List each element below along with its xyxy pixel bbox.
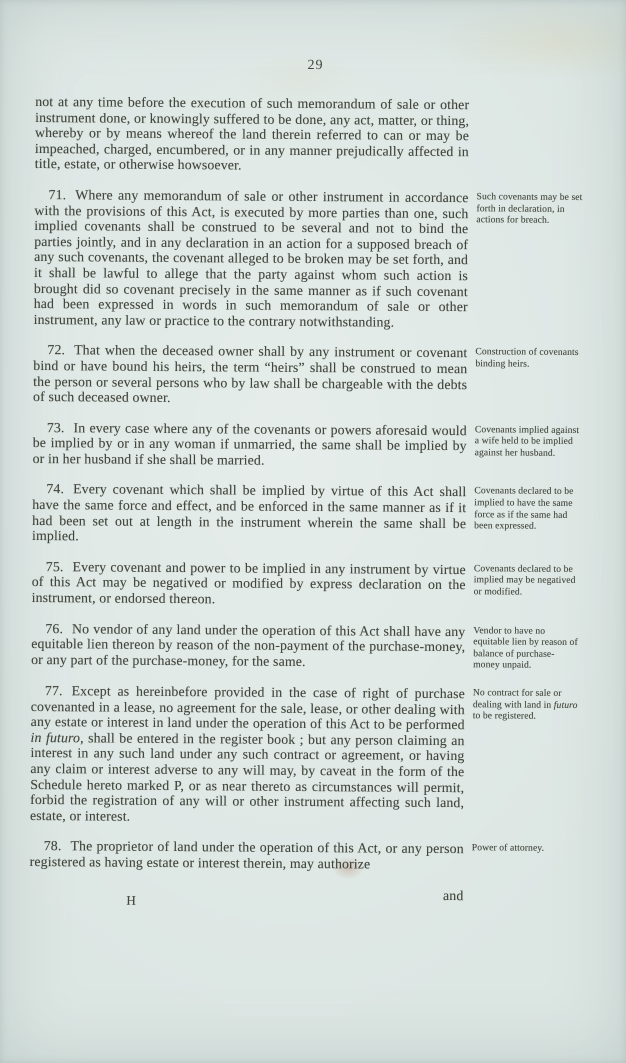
continuation-paragraph: not at any time before the execution of … (35, 94, 470, 175)
latin-phrase-in-futuro: in futuro (31, 730, 81, 745)
section-72: 72.That when the deceased owner shall by… (33, 342, 623, 409)
signature-mark: H (126, 892, 136, 908)
section-78-paragraph: 78.The proprietor of land under the oper… (30, 838, 464, 872)
page-footer: H and (29, 884, 463, 903)
margin-note-74: Covenants declared to be implied to have… (474, 485, 598, 533)
page-number: 29 (35, 56, 595, 76)
margin-column-empty (477, 97, 601, 99)
catchword: and (443, 888, 463, 904)
section-71-text: Where any memorandum of sale or other in… (34, 187, 469, 329)
section-72-paragraph: 72.That when the deceased owner shall by… (33, 342, 467, 408)
section-72-number: 72. (47, 342, 65, 357)
margin-note-76-text: Vendor to have no equitable lien by reas… (473, 625, 579, 672)
section-76: 76.No vendor of any land under the opera… (31, 621, 621, 673)
section-75: 75.Every covenant and power to be implie… (32, 559, 622, 610)
section-73-text: In every case where any of the covenants… (33, 420, 467, 468)
margin-note-77-text: No contract for sale or dealing with lan… (473, 687, 579, 723)
section-71-number: 71. (49, 187, 67, 202)
section-73: 73.In every case where any of the covena… (33, 420, 623, 471)
margin-note-77-before: No contract for sale or dealing with lan… (473, 687, 562, 710)
scanned-document-page: 29 not at any time before the execution … (0, 0, 626, 1063)
section-78-text: The proprietor of land under the operati… (30, 839, 464, 872)
section-77-paragraph: 77.Except as hereinbefore provided in th… (30, 683, 465, 827)
margin-note-72-text: Construction of covenants binding heirs. (475, 347, 581, 371)
section-76-text: No vendor of any land under the operatio… (31, 621, 465, 669)
margin-note-75: Covenants declared to be implied may be … (474, 562, 598, 599)
section-75-paragraph: 75.Every covenant and power to be implie… (32, 559, 466, 609)
margin-note-78-text: Power of attorney. (472, 843, 578, 855)
margin-note-76: Vendor to have no equitable lien by reas… (473, 624, 597, 672)
page-content: 29 not at any time before the execution … (0, 0, 626, 904)
margin-note-77: No contract for sale or dealing with lan… (473, 686, 597, 723)
section-75-number: 75. (46, 559, 64, 574)
section-74-paragraph: 74.Every covenant which shall be implied… (32, 481, 466, 547)
section-74-text: Every covenant which shall be implied by… (32, 482, 466, 544)
margin-note-78: Power of attorney. (472, 842, 596, 856)
section-73-paragraph: 73.In every case where any of the covena… (33, 420, 467, 470)
section-74-number: 74. (46, 482, 64, 497)
section-73-number: 73. (47, 420, 65, 435)
section-71-paragraph: 71.Where any memorandum of sale or other… (34, 187, 469, 331)
section-74: 74.Every covenant which shall be implied… (32, 481, 622, 548)
section-77-number: 77. (45, 683, 63, 698)
margin-note-72: Construction of covenants binding heirs. (475, 346, 599, 371)
continuation-row: not at any time before the execution of … (35, 94, 626, 176)
section-77-text-before: Except as hereinbefore provided in the c… (31, 683, 465, 732)
section-78: 78.The proprietor of land under the oper… (30, 838, 620, 874)
latin-word-futuro: futuro (554, 699, 578, 710)
section-77: 77.Except as hereinbefore provided in th… (30, 683, 621, 828)
section-76-number: 76. (45, 621, 63, 636)
section-77-text-after: , shall be entered in the register book … (30, 730, 465, 823)
section-75-text: Every covenant and power to be implied i… (32, 559, 466, 606)
margin-note-77-after: to be registered. (473, 710, 536, 721)
footer-row: H and (29, 884, 619, 904)
section-72-text: That when the deceased owner shall by an… (33, 343, 467, 405)
section-71: 71.Where any memorandum of sale or other… (34, 187, 625, 332)
margin-column-empty-footer (471, 888, 595, 890)
section-78-number: 78. (44, 838, 62, 853)
margin-note-71: Such covenants may be set forth in decla… (476, 190, 600, 227)
margin-note-74-text: Covenants declared to be implied to have… (474, 486, 580, 533)
margin-note-75-text: Covenants declared to be implied may be … (474, 563, 580, 599)
section-76-paragraph: 76.No vendor of any land under the opera… (31, 621, 465, 671)
margin-note-73: Covenants implied against a wife held to… (475, 423, 599, 460)
margin-note-73-text: Covenants implied against a wife held to… (475, 424, 581, 460)
margin-note-71-text: Such covenants may be set forth in decla… (476, 191, 582, 227)
